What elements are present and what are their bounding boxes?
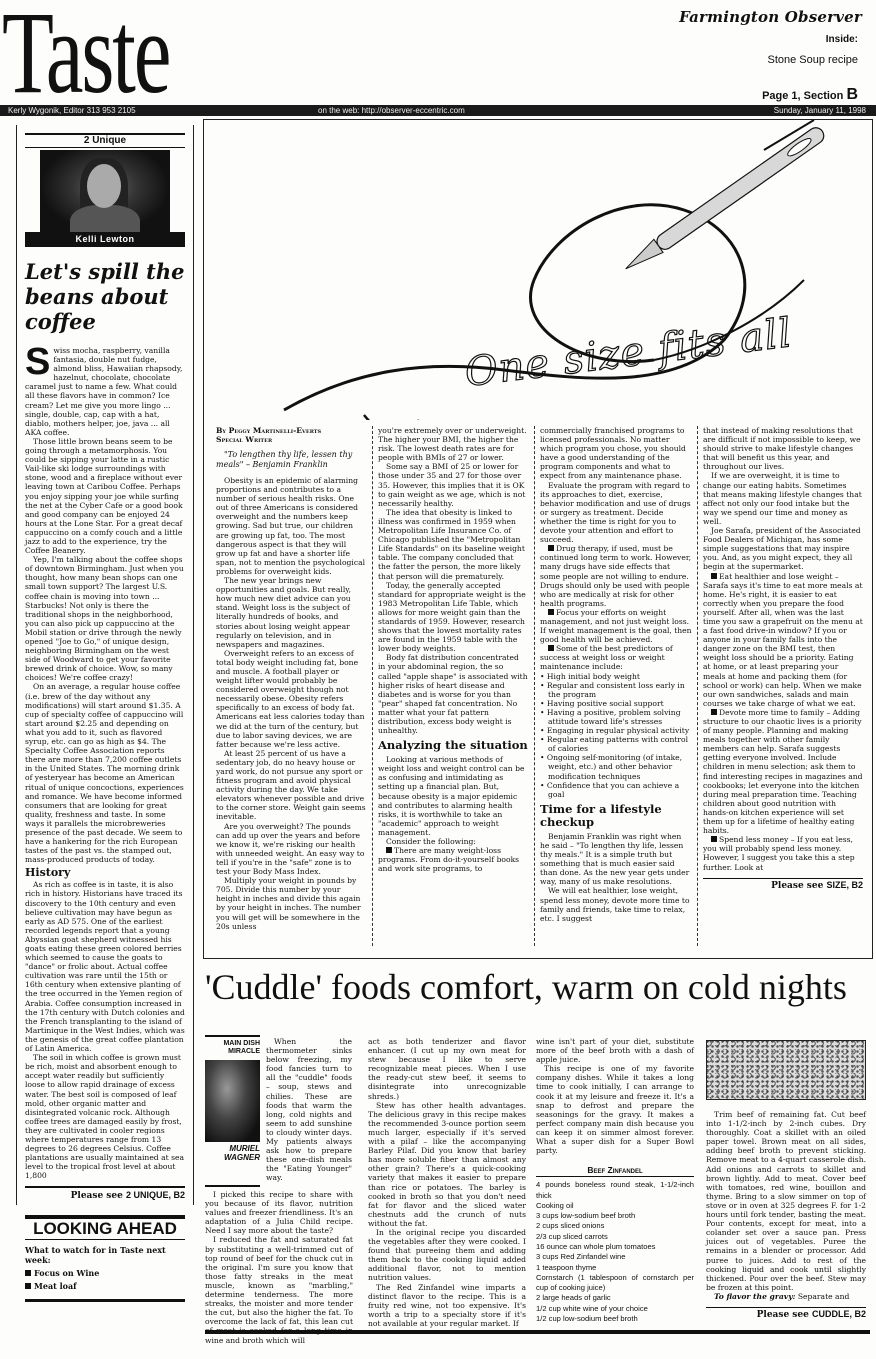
columnist-name: Kelli Lewton: [25, 232, 185, 247]
jump-link-size[interactable]: Please see SIZE, B2: [703, 878, 863, 891]
square-bullet-icon: [386, 847, 392, 853]
square-bullet-icon: [711, 836, 717, 842]
section-title: Taste: [2, 0, 169, 112]
cuddle-col-2: act as both tenderizer and flavor enhanc…: [368, 1037, 526, 1328]
page-section-prefix: Page 1, Section: [762, 90, 843, 102]
feature-col-4: that instead of making resolutions that …: [703, 426, 863, 891]
feature-story: One size fits all By Peggy Martinelli-Ev…: [203, 119, 873, 959]
cuddle-intro: When the thermometer sinks below freezin…: [266, 1037, 352, 1183]
issue-date: Sunday, January 11, 1998: [774, 105, 866, 116]
author-name: MURIEL WAGNER: [205, 1144, 260, 1162]
drop-cap: S: [25, 347, 50, 377]
main-dish-box: MAIN DISH MIRACLE MURIEL WAGNER: [205, 1035, 260, 1187]
square-bullet-icon: [25, 1283, 31, 1289]
info-bar: Kerly Wygonik, Editor 313 953 2105 on th…: [0, 105, 876, 116]
column-headline: Let's spill the beans about coffee: [25, 259, 185, 334]
predictors-list: High initial body weight Regular and con…: [540, 672, 692, 799]
looking-ahead-intro: What to watch for in Taste next week:: [25, 1245, 185, 1265]
subhead-lifestyle: Time for a lifestyle checkup: [540, 803, 692, 829]
jump-link-unique[interactable]: Please see 2 UNIQUE, B2: [25, 1186, 185, 1201]
history-subhead: History: [25, 866, 185, 880]
feature-col-2: you're extremely over or underweight. Th…: [378, 426, 528, 873]
ingredient-list: 4 pounds boneless round steak, 1-1/2-inc…: [536, 1180, 694, 1324]
page-section: Page 1, Section B: [762, 86, 858, 104]
section-letter: B: [846, 86, 858, 103]
feature-col-1: By Peggy Martinelli-Everts Special Write…: [216, 426, 366, 931]
bottom-rule: [205, 1330, 870, 1334]
web-link[interactable]: on the web: http://observer-eccentric.co…: [318, 105, 465, 116]
cuddle-col-3: wine isn't part of your diet, substitute…: [536, 1037, 694, 1324]
author-photo: [205, 1060, 260, 1142]
square-bullet-icon: [548, 645, 554, 651]
recipe-directions: Trim beef of remaining fat. Cut beef int…: [706, 1110, 866, 1320]
cuddle-headline: 'Cuddle' foods comfort, warm on cold nig…: [205, 967, 847, 1007]
square-bullet-icon: [548, 545, 554, 551]
pull-quote: "To lengthen thy life, lessen thy meals"…: [216, 450, 366, 470]
paper-name: Farmington Observer: [679, 8, 862, 26]
decorative-dots-illustration: [706, 1040, 866, 1100]
editor-info: Kerly Wygonik, Editor 313 953 2105: [8, 105, 136, 116]
looking-ahead-item: Meat loaf: [25, 1281, 185, 1291]
square-bullet-icon: [548, 609, 554, 615]
looking-ahead-item: Focus on Wine: [25, 1268, 185, 1278]
column-body: Swiss mocha, raspberry, vanilla fantasia…: [25, 346, 185, 1180]
feature-col-3: commercially franchised programs to lice…: [540, 426, 692, 923]
coffee-column: 2 Unique Kelli Lewton Let's spill the be…: [16, 125, 194, 1205]
byline: By Peggy Martinelli-Everts Special Write…: [216, 426, 366, 444]
inside-label: Inside:: [826, 34, 858, 45]
square-bullet-icon: [711, 709, 717, 715]
square-bullet-icon: [711, 573, 717, 579]
column-kicker: 2 Unique: [25, 133, 185, 148]
jump-link-cuddle[interactable]: Please see CUDDLE, B2: [706, 1307, 866, 1320]
cuddle-col-1: I picked this recipe to share with you b…: [205, 1190, 353, 1345]
column-kicker: MAIN DISH MIRACLE: [205, 1040, 260, 1056]
square-bullet-icon: [25, 1270, 31, 1276]
subhead-analyzing: Analyzing the situation: [378, 739, 528, 752]
inside-item-link[interactable]: Stone Soup recipe: [767, 54, 858, 66]
columnist-photo: [40, 150, 170, 232]
recipe-title: Beef Zinfandel: [536, 1165, 694, 1177]
looking-ahead-title: LOOKING AHEAD: [25, 1215, 185, 1240]
